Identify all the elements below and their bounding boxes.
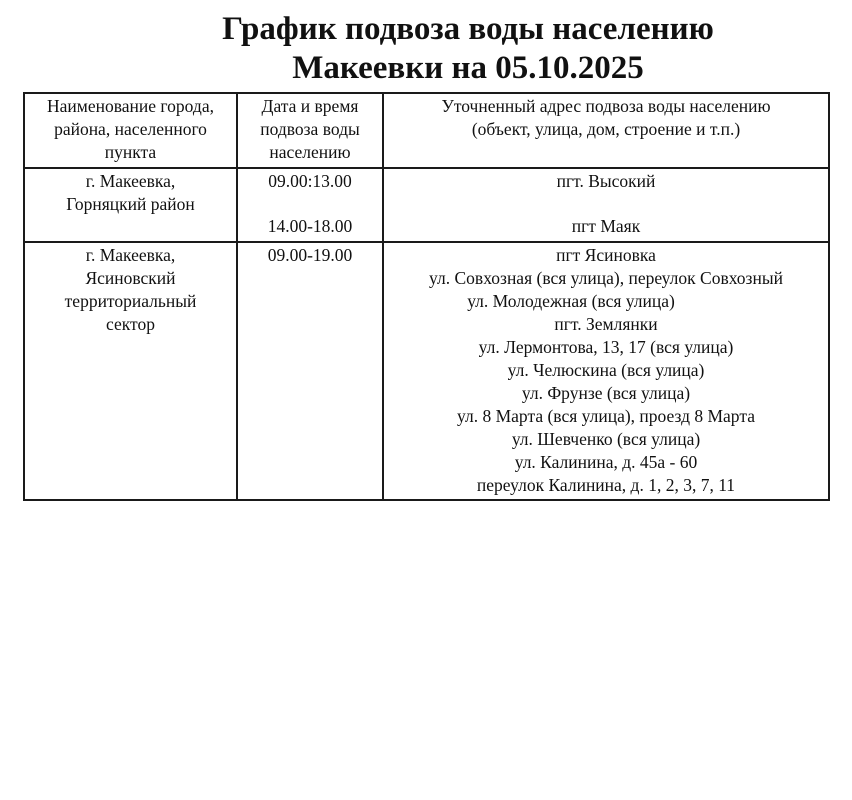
cell-addresses: пгт. Высокий пгт Маяк [383, 168, 829, 242]
address-line: ул. Лермонтова, 13, 17 (вся улица) [387, 336, 825, 359]
address-line: переулок Калинина, д. 1, 2, 3, 7, 11 [387, 474, 825, 497]
table-row: г. Макеевка, Горняцкий район 09.00:13.00… [24, 168, 829, 242]
cell-addresses: пгт Ясиновка ул. Совхозная (вся улица), … [383, 242, 829, 500]
address-line: ул. Совхозная (вся улица), переулок Совх… [387, 267, 825, 290]
title-line-2: Макеевки на 05.10.2025 [0, 49, 852, 88]
address-line: пгт. Землянки [387, 313, 825, 336]
address-line: ул. Шевченко (вся улица) [387, 428, 825, 451]
cell-times: 09.00-19.00 [237, 242, 383, 500]
address-line: ул. Фрунзе (вся улица) [387, 382, 825, 405]
address-line: ул. Калинина, д. 45а - 60 [387, 451, 825, 474]
page-title: График подвоза воды населению Макеевки н… [0, 10, 852, 88]
table-header-row: Наименование города, района, населенного… [24, 93, 829, 168]
address-line: ул. Челюскина (вся улица) [387, 359, 825, 382]
table-row: г. Макеевка, Ясиновский территориальный … [24, 242, 829, 500]
header-datetime: Дата и время подвоза воды населению [237, 93, 383, 168]
header-locality: Наименование города, района, населенного… [24, 93, 237, 168]
address-line: пгт Ясиновка [387, 244, 825, 267]
cell-locality: г. Макеевка, Ясиновский территориальный … [24, 242, 237, 500]
water-delivery-schedule-table: Наименование города, района, населенного… [23, 92, 830, 501]
title-line-1: График подвоза воды населению [0, 10, 852, 49]
cell-locality: г. Макеевка, Горняцкий район [24, 168, 237, 242]
address-line: ул. Молодежная (вся улица) [387, 290, 825, 313]
header-address: Уточненный адрес подвоза воды населению … [383, 93, 829, 168]
address-line: ул. 8 Марта (вся улица), проезд 8 Марта [387, 405, 825, 428]
cell-times: 09.00:13.00 14.00-18.00 [237, 168, 383, 242]
